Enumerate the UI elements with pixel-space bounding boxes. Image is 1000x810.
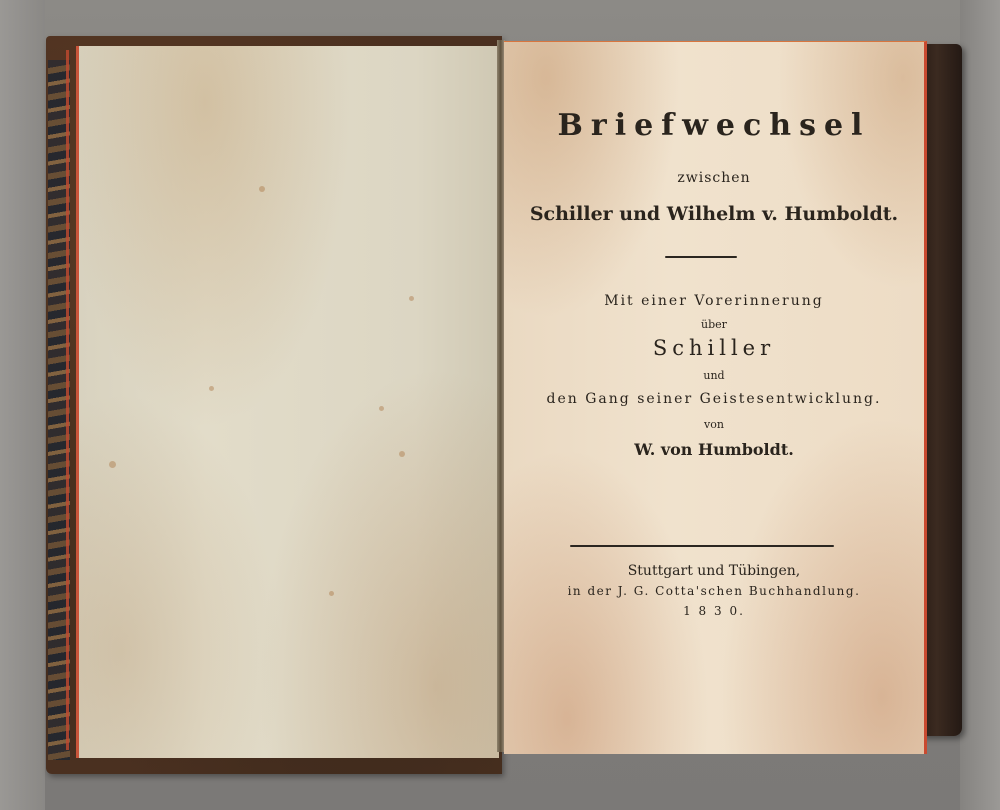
and-text: und (504, 369, 924, 382)
subject-detail: den Gang seiner Geistesentwicklung. (504, 391, 924, 407)
foxing-spot (399, 451, 405, 457)
author: W. von Humboldt. (504, 440, 924, 459)
foxing-spot (329, 591, 334, 596)
backdrop (0, 0, 45, 810)
by-text: von (504, 418, 924, 431)
publication-year: 1 8 3 0. (504, 604, 924, 618)
divider-long (570, 545, 834, 547)
foxing-spot (259, 186, 265, 192)
foxing-spot (209, 386, 214, 391)
backdrop (960, 0, 1000, 810)
about-text: über (504, 318, 924, 331)
divider-short (665, 256, 737, 258)
foxing-spot (409, 296, 414, 301)
blank-flyleaf-page (76, 46, 499, 758)
foxing-spot (109, 461, 116, 468)
book-title: Briefwechsel (504, 108, 924, 143)
foxing-spot (379, 406, 384, 411)
subject-name: Schiller (504, 336, 924, 360)
preface-line: Mit einer Vorerinnerung (504, 293, 924, 309)
between-text: zwischen (504, 170, 924, 186)
publication-place: Stuttgart und Tübingen, (504, 563, 924, 579)
correspondents: Schiller und Wilhelm v. Humboldt. (504, 203, 924, 225)
publisher: in der J. G. Cotta'schen Buchhandlung. (504, 584, 924, 598)
red-page-edge (66, 50, 69, 750)
